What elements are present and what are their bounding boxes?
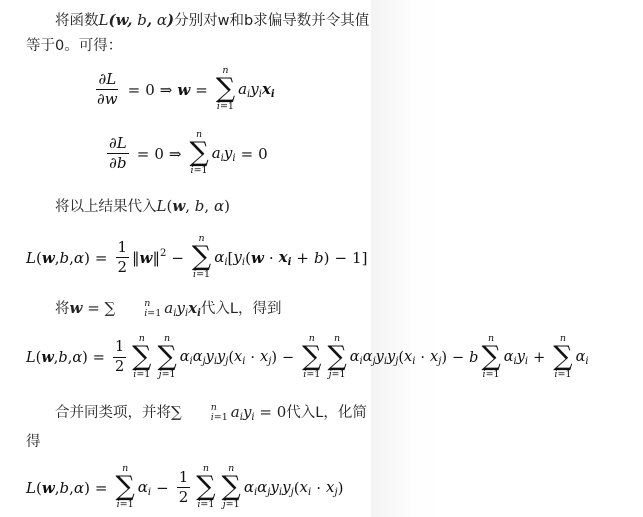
equation-dL-db: ∂L∂b =0⇒ n∑i=1 aiyi=0: [104, 130, 268, 177]
summation: n∑i=1: [196, 464, 215, 511]
text: 将: [55, 301, 70, 317]
article-content: 将函数L(w, b, α)分别对w和b求偏导数并令其值等于0。可得： ∂L∂w …: [0, 0, 643, 517]
equation-expanded-lagrangian: L(w, b, α)= 12 n∑i=1 n∑j=1 αiαjyiyj(xi·x…: [26, 334, 589, 381]
fraction: ∂L∂b: [107, 135, 129, 172]
summation: n∑i=1: [116, 464, 135, 511]
paragraph-substitute-w: 将w = ∑ni=1aiyixi代入L，得到: [26, 296, 371, 326]
math-inline-constraint: ∑ni=1aiyi = 0: [171, 403, 286, 421]
text: 合并同类项，并将: [55, 405, 171, 421]
equation-dL-dw: ∂L∂w =0⇒w= n∑i=1 aiyixi: [92, 66, 275, 113]
summation: n∑i=1: [216, 66, 235, 113]
summation: n∑j=1: [222, 464, 241, 511]
summation: n∑i=1: [189, 130, 208, 177]
summation: n∑i=1: [481, 334, 500, 381]
fraction-half: 12: [177, 469, 191, 506]
equation-dual-lagrangian: L(w, b, α)= n∑i=1 αi− 12 n∑i=1 n∑j=1 αiα…: [26, 464, 343, 511]
text: 代入L，得到: [201, 301, 282, 317]
summation: n∑i=1: [192, 234, 211, 281]
summation: n∑i=1: [553, 334, 572, 381]
fraction-half: 12: [116, 239, 130, 276]
math-inline-lagrangian: L(w, b, α): [99, 11, 175, 29]
summation: n∑i=1: [302, 334, 321, 381]
fraction-half: 12: [113, 339, 126, 376]
math-inline-w-sum: w = ∑ni=1aiyixi: [70, 299, 201, 317]
math-inline-lagrangian: L(w, b, α): [157, 197, 230, 215]
text: 将函数: [55, 13, 99, 29]
summation: n∑i=1: [132, 334, 151, 381]
summation: n∑j=1: [327, 334, 346, 381]
fraction: ∂L∂w: [95, 71, 120, 108]
paragraph-combine: 合并同类项，并将∑ni=1aiyi = 0代入L，化简得: [26, 400, 371, 455]
summation: n∑j=1: [157, 334, 176, 381]
paragraph-substitute: 将以上结果代入L(w, b, α): [26, 194, 371, 220]
equation-lagrangian: L(w, b, α)= 12 ‖w‖2− n∑i=1 αi[yi(w·xi+b)…: [26, 234, 367, 281]
paragraph-partial-derivatives: 将函数L(w, b, α)分别对w和b求偏导数并令其值等于0。可得：: [26, 8, 371, 59]
text: 将以上结果代入: [55, 199, 157, 215]
